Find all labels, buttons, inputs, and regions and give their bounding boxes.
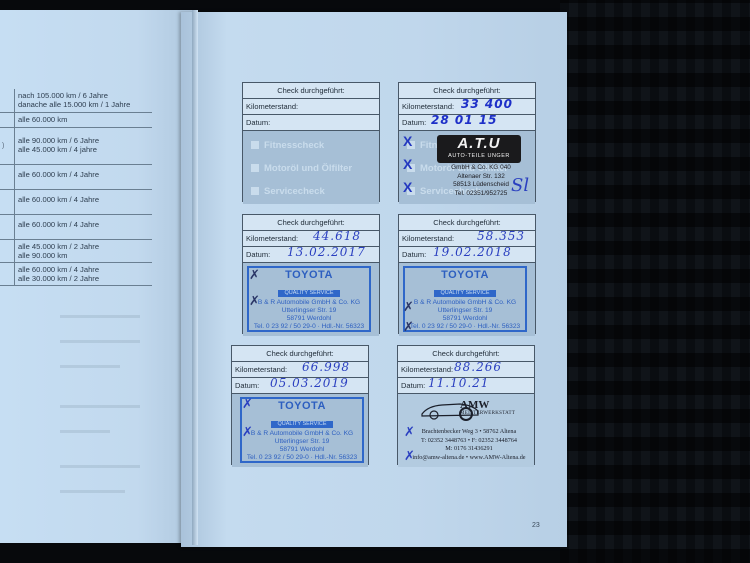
interval-text: alle 60.000 km <box>18 115 152 124</box>
interval-text: alle 45.000 km / 2 Jahre <box>18 242 152 251</box>
card-header: Check durchgeführt: <box>243 83 379 99</box>
service-card-4: Check durchgeführt: Kilometerstand:58.35… <box>398 214 536 334</box>
schedule-row: )alle 90.000 km / 6 Jahrealle 45.000 km … <box>0 128 152 165</box>
check-mark-icon: ✗ <box>404 448 415 464</box>
date-label: Datum: <box>235 381 259 390</box>
date-row: Datum: <box>243 115 379 131</box>
stamp-line: B & R Automobile GmbH & Co. KG <box>242 430 362 438</box>
car-seat-background <box>560 0 750 563</box>
stamp-brand: TOYOTA <box>249 269 369 281</box>
faint-text <box>60 430 110 433</box>
row-mark: ) <box>2 142 4 151</box>
stamp-line: Tel. 0 23 92 / 50 29-0 · Hdl.-Nr. 56323 <box>242 454 362 462</box>
signature: Sl <box>511 175 529 196</box>
checkbox-icon <box>251 141 259 149</box>
date-row: Datum:28 01 15 <box>399 115 535 131</box>
check-mark-icon: ✗ <box>403 299 414 315</box>
check-mark-icon: ✗ <box>404 424 415 440</box>
check-mark-icon: ✗ <box>242 396 253 412</box>
schedule-row: alle 60.000 km / 4 Jahre <box>0 215 152 240</box>
toyota-stamp: TOYOTA QUALITY SERVICE B & R Automobile … <box>240 397 364 463</box>
stamp-line: 58791 Werdohl <box>249 315 369 323</box>
stamp-badge: QUALITY SERVICE <box>271 421 332 428</box>
stamp-line: Utterlingser Str. 19 <box>249 307 369 315</box>
interval-text: nach 105.000 km / 6 Jahre <box>18 91 152 100</box>
stamp-brand: TOYOTA <box>242 400 362 412</box>
date-label: Datum: <box>402 118 426 127</box>
date-row: Datum:13.02.2017 <box>243 247 379 263</box>
option-fitnesscheck: Fitnesscheck <box>251 140 324 151</box>
faint-text <box>60 405 140 408</box>
card-body: TOYOTA QUALITY SERVICE B & R Automobile … <box>243 263 379 336</box>
interval-text: alle 60.000 km / 4 Jahre <box>18 220 152 229</box>
check-mark-icon: ✗ <box>403 319 414 335</box>
service-card-6: Check durchgeführt: Kilometerstand:88.26… <box>397 345 535 465</box>
checkbox-icon <box>251 164 259 172</box>
km-value: 33 400 <box>461 97 513 112</box>
check-mark-icon: X <box>403 179 412 195</box>
check-mark-icon: ✗ <box>249 267 260 283</box>
stamp-line: Utterlingser Str. 19 <box>242 438 362 446</box>
stamp-line: T: 02352 3448763 • F: 02352 3448764 <box>400 437 538 446</box>
interval-text: alle 45.000 km / 4 jahre <box>18 145 152 154</box>
date-row: Datum:19.02.2018 <box>399 247 535 263</box>
interval-text: alle 60.000 km / 4 Jahre <box>18 195 152 204</box>
service-card-3: Check durchgeführt: Kilometerstand:44.61… <box>242 214 380 334</box>
card-body: TOYOTA QUALITY SERVICE B & R Automobile … <box>399 263 535 336</box>
stamp-line: Tel. 0 23 92 / 50 29-0 · Hdl.-Nr. 56323 <box>405 323 525 331</box>
km-label: Kilometerstand: <box>235 365 287 374</box>
date-label: Datum: <box>246 118 270 127</box>
stamp-line: GmbH & Co. KG 040 <box>439 164 523 173</box>
km-row: Kilometerstand: <box>243 99 379 115</box>
check-mark-icon: ✗ <box>249 293 260 309</box>
km-value: 44.618 <box>313 229 361 244</box>
date-value: 11.10.21 <box>428 376 489 391</box>
option-motoroel: Motoröl und Ölfilter <box>251 163 352 174</box>
interval-text: alle 90.000 km / 6 Jahre <box>18 136 152 145</box>
stamp-line: 58791 Werdohl <box>405 315 525 323</box>
maintenance-schedule-table: nach 105.000 km / 6 Jahredanache alle 15… <box>0 89 152 286</box>
km-label: Kilometerstand: <box>402 234 454 243</box>
toyota-stamp: TOYOTA QUALITY SERVICE B & R Automobile … <box>247 266 371 332</box>
page-number: 23 <box>532 522 540 529</box>
km-label: Kilometerstand: <box>402 102 454 111</box>
option-servicecheck: Servicecheck <box>251 186 325 197</box>
option-label: Fitnesscheck <box>264 140 324 151</box>
date-value: 19.02.2018 <box>433 245 512 260</box>
schedule-row: alle 60.000 km / 4 Jahre <box>0 190 152 215</box>
schedule-row: alle 60.000 km / 4 Jahrealle 30.000 km /… <box>0 263 152 286</box>
card-body: Fitnesscheck Motoröl und Ölfilter Servic… <box>243 131 379 204</box>
interval-text: alle 60.000 km / 4 Jahre <box>18 265 152 274</box>
stamp-line: info@amw-altena.de • www.AMW-Altena.de <box>400 454 538 463</box>
stamp-address: Brachtenbecker Weg 3 • 58762 Altena T: 0… <box>400 428 538 462</box>
stamp-brand: A.T.U <box>437 135 521 153</box>
service-card-1: Check durchgeführt: Kilometerstand: Datu… <box>242 82 380 202</box>
stamp-line: Utterlingser Str. 19 <box>405 307 525 315</box>
service-card-2: Check durchgeführt: Kilometerstand:33 40… <box>398 82 536 202</box>
date-row: Datum:11.10.21 <box>398 378 534 394</box>
interval-text: alle 90.000 km <box>18 251 152 260</box>
interval-text: alle 60.000 km / 4 Jahre <box>18 170 152 179</box>
date-label: Datum: <box>401 381 425 390</box>
schedule-row: nach 105.000 km / 6 Jahredanache alle 15… <box>0 89 152 113</box>
km-value: 88.266 <box>454 360 502 375</box>
schedule-row: alle 45.000 km / 2 Jahrealle 90.000 km <box>0 240 152 263</box>
km-label: Kilometerstand: <box>401 365 453 374</box>
faint-text <box>60 490 125 493</box>
km-value: 66.998 <box>302 360 350 375</box>
stamp-line: Tel. 0 23 92 / 50 29-0 · Hdl.-Nr. 56323 <box>249 323 369 331</box>
date-value: 28 01 15 <box>431 113 497 128</box>
faint-text <box>60 315 140 318</box>
stamp-brand: AMW <box>460 399 489 411</box>
stamp-line: 58791 Werdohl <box>242 446 362 454</box>
stamp-line: M: 0176 31436291 <box>400 445 538 454</box>
stamp-subtitle: AUTO-TEILE UNGER <box>437 153 521 160</box>
stamp-line: B & R Automobile GmbH & Co. KG <box>249 299 369 307</box>
interval-text: alle 30.000 km / 2 Jahre <box>18 274 152 283</box>
service-card-5: Check durchgeführt: Kilometerstand:66.99… <box>231 345 369 465</box>
stamp-brand: TOYOTA <box>405 269 525 281</box>
date-label: Datum: <box>246 250 270 259</box>
card-body: TOYOTA QUALITY SERVICE B & R Automobile … <box>232 394 368 467</box>
faint-text <box>60 340 140 343</box>
stamp-line: Brachtenbecker Weg 3 • 58762 Altena <box>400 428 538 437</box>
stamp-badge: QUALITY SERVICE <box>434 290 495 297</box>
option-label: Servicecheck <box>264 186 325 197</box>
date-label: Datum: <box>402 250 426 259</box>
schedule-row: alle 60.000 km <box>0 113 152 128</box>
check-mark-icon: X <box>403 156 412 172</box>
stamp-subtitle: MEISTERWERKSTATT <box>460 411 515 416</box>
check-mark-icon: X <box>403 133 412 149</box>
booklet-spine <box>192 10 198 545</box>
km-label: Kilometerstand: <box>246 234 298 243</box>
date-value: 13.02.2017 <box>287 245 366 260</box>
option-label: Motoröl und Ölfilter <box>264 163 352 174</box>
date-value: 05.03.2019 <box>270 376 349 391</box>
checkbox-icon <box>251 187 259 195</box>
schedule-row: alle 60.000 km / 4 Jahre <box>0 165 152 190</box>
faint-text <box>60 465 140 468</box>
check-mark-icon: ✗ <box>242 424 253 440</box>
toyota-stamp: TOYOTA QUALITY SERVICE B & R Automobile … <box>403 266 527 332</box>
card-body: Fitnesscheck Motoröl und Ölfilter Servic… <box>399 131 535 204</box>
atu-logo: A.T.U AUTO-TEILE UNGER <box>437 135 521 163</box>
faint-text <box>60 365 120 368</box>
km-label: Kilometerstand: <box>246 102 298 111</box>
km-value: 58.353 <box>477 229 525 244</box>
interval-text: danache alle 15.000 km / 1 Jahre <box>18 100 152 109</box>
stamp-line: B & R Automobile GmbH & Co. KG <box>405 299 525 307</box>
card-body: AMW MEISTERWERKSTATT Brachtenbecker Weg … <box>398 394 534 467</box>
stamp-badge: QUALITY SERVICE <box>278 290 339 297</box>
date-row: Datum:05.03.2019 <box>232 378 368 394</box>
